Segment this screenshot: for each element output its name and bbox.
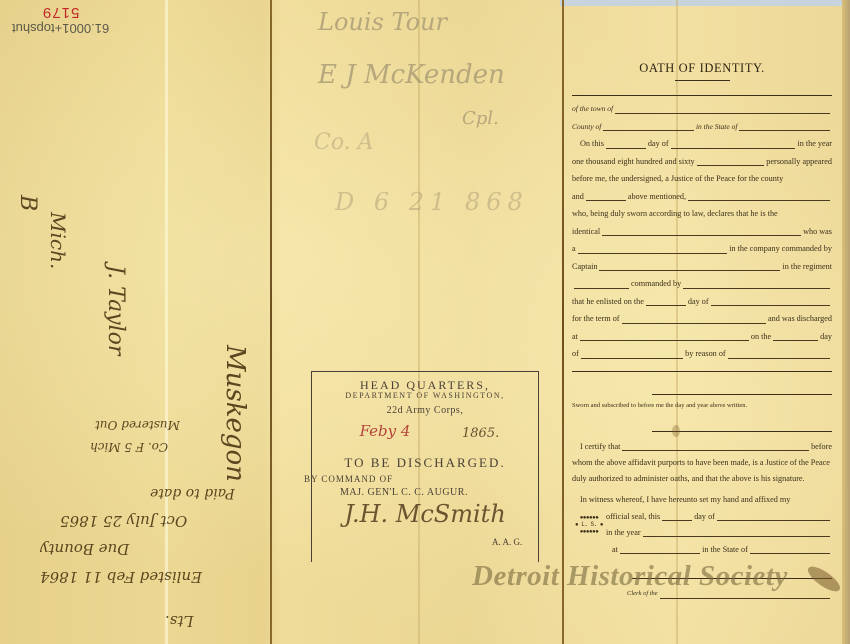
field-state — [739, 129, 830, 131]
field-enlist-month — [711, 304, 830, 306]
handwriting-mich: Mich. — [46, 212, 70, 269]
fold-line-right — [562, 0, 564, 644]
paper-edge — [842, 0, 850, 644]
label-a: a — [572, 240, 576, 258]
signature-rule — [652, 394, 832, 395]
stamp-corps: 22d Army Corps, — [312, 405, 538, 416]
label-justice: before me, the undersigned, a Justice of… — [572, 170, 783, 188]
label-company: in the company commanded by — [729, 240, 832, 258]
background-edge — [560, 0, 850, 6]
field-seal-month — [717, 519, 830, 521]
seal-label: L. S. — [581, 521, 597, 528]
label-seal-at: at — [612, 541, 618, 559]
label-sworn: who, being duly sworn according to law, … — [572, 205, 778, 223]
field-enlist-day — [646, 304, 686, 306]
label-above: above mentioned, — [628, 188, 686, 206]
stamp-by-command: BY COMMAND OF — [304, 474, 530, 484]
field-seal-state — [750, 552, 830, 554]
label-appeared: personally appeared — [766, 153, 832, 171]
label-on-the: on the — [751, 328, 771, 346]
stamp-general: MAJ. GEN'L C. C. AUGUR. — [340, 487, 566, 498]
label-enlisted: that he enlisted on the — [572, 293, 644, 311]
stamp-department: DEPARTMENT OF WASHINGTON, — [312, 391, 538, 400]
handwriting-company: Co. F 5 Mich — [90, 440, 168, 454]
oath-title: OATH OF IDENTITY. — [572, 60, 832, 76]
label-in-the-year: in the year — [797, 135, 832, 153]
pencil-rank: Cpl. — [462, 108, 499, 129]
label-certify: I certify that — [580, 438, 620, 456]
handwriting-paid: Paid to date — [150, 485, 235, 501]
field-reason — [728, 357, 830, 359]
label-who-was: who was — [803, 223, 832, 241]
handwriting-mustered: Mustered Out — [95, 418, 180, 432]
label-identical: identical — [572, 223, 600, 241]
stamp-year: 1865. — [462, 426, 499, 441]
field-county — [603, 129, 694, 131]
label-of: of — [572, 345, 579, 363]
label-discharged: and was discharged — [768, 310, 832, 328]
label-official-seal: official seal, this — [606, 509, 660, 525]
label-year-text: one thousand eight hundred and sixty — [572, 153, 695, 171]
field-clerk — [660, 597, 830, 599]
stamp-action: TO BE DISCHARGED. — [312, 455, 538, 471]
witness-text: In witness whereof, I have hereunto set … — [580, 491, 790, 509]
crease-left — [165, 0, 168, 644]
label-state: in the State of — [696, 118, 737, 136]
label-commanded-by: commanded by — [631, 275, 681, 293]
field-discharge-day — [773, 339, 818, 341]
handwriting-lts: Lts. — [165, 612, 193, 630]
field-commander — [683, 287, 830, 289]
field-year — [697, 164, 765, 166]
label-seal-state: in the State of — [702, 541, 748, 559]
label-on-this: On this — [580, 135, 604, 153]
label-county: County of — [572, 118, 601, 136]
certify-body-text: whom the above affidavit purports to hav… — [572, 455, 832, 487]
field-certify-name — [622, 449, 809, 451]
label-regiment: in the regiment — [782, 258, 832, 276]
seal-box: ●●●●●●● L. S. ●●●●●●● — [572, 514, 606, 535]
label-day-of: day of — [648, 135, 669, 153]
field-month-2 — [581, 357, 683, 359]
label-and: and — [572, 188, 584, 206]
handwriting-taylor: J. Taylor — [103, 265, 128, 355]
field-seal-day — [662, 519, 692, 521]
oath-of-identity-form: OATH OF IDENTITY. of the town of County … — [572, 60, 832, 603]
accession-number: 61.0001+topshut — [12, 21, 109, 36]
field-day — [606, 147, 646, 149]
handwriting-bounty: Due Bounty — [40, 540, 129, 558]
label-captain: Captain — [572, 258, 597, 276]
headquarters-stamp: HEAD QUARTERS, DEPARTMENT OF WASHINGTON,… — [311, 371, 539, 562]
label-term: for the term of — [572, 310, 620, 328]
label-seal-year: in the year — [606, 525, 641, 541]
field-identical — [602, 234, 801, 236]
small-stain — [672, 425, 680, 437]
pencil-name: Louis Tour — [318, 8, 447, 36]
stamp-signature: J.H. McSmith — [312, 500, 538, 528]
handwriting-muskegon: Muskegon — [220, 345, 250, 482]
catalog-red-number: 5179 — [12, 4, 109, 21]
handwriting-enlisted: Enlisted Feb 11 1864 — [40, 568, 202, 586]
pencil-number: D 6 21 868 — [335, 188, 529, 216]
field-place — [580, 339, 749, 341]
field-month — [671, 147, 796, 149]
label-day: day — [820, 328, 832, 346]
field-county-name — [586, 199, 626, 201]
pencil-name-2: E J McKenden — [318, 60, 505, 90]
label-at: at — [572, 328, 578, 346]
field-town — [615, 112, 830, 114]
field-term — [622, 322, 767, 324]
label-reason: by reason of — [685, 345, 725, 363]
label-before: before — [811, 438, 832, 456]
field-seal-year — [643, 535, 830, 537]
field-rank — [578, 252, 728, 254]
sworn-subscribed-text: Sworn and subscribed to before me the da… — [572, 399, 832, 413]
watermark: Detroit Historical Society — [472, 560, 788, 593]
field-captain — [599, 269, 780, 271]
top-rule — [572, 95, 832, 96]
fold-line-left — [270, 0, 272, 644]
field-seal-place — [620, 552, 700, 554]
catalog-label: 61.0001+topshut 5179 — [12, 4, 109, 36]
field-name — [688, 199, 830, 201]
handwriting-july: Oct July 25 1865 — [60, 512, 187, 530]
pencil-company: Co. A — [314, 130, 374, 155]
handwriting-b: B — [15, 195, 40, 211]
label-day-of-2: day of — [688, 293, 709, 311]
reason-rule — [572, 371, 832, 372]
label-town: of the town of — [572, 100, 613, 118]
field-regiment — [574, 287, 629, 289]
label-seal-day-of: day of — [694, 509, 715, 525]
title-rule — [675, 80, 730, 81]
